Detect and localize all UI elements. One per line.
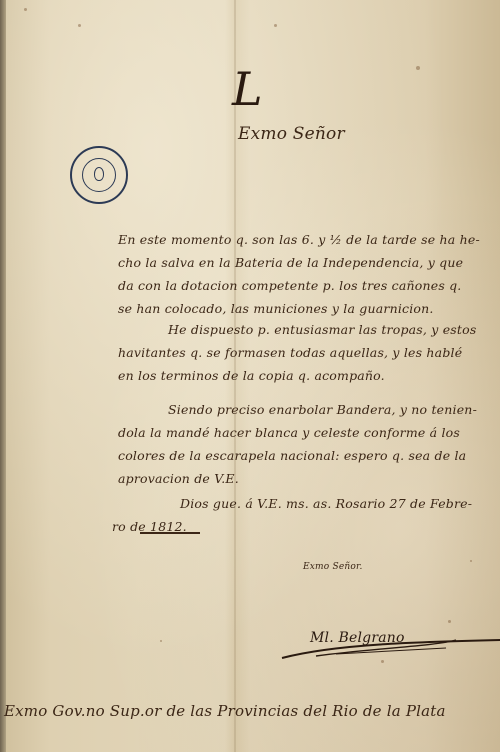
page-edge: [0, 0, 6, 752]
stain: [416, 66, 420, 70]
stain: [274, 24, 277, 27]
text-line: da con la dotacion competente p. los tre…: [118, 274, 480, 297]
text-line: ro de 1812.: [112, 515, 472, 538]
strikethrough-mark: [140, 532, 200, 534]
salutation: Exmo Señor: [238, 124, 345, 144]
text-line: aprovacion de V.E.: [118, 467, 477, 490]
heading-flourish: L: [232, 62, 263, 116]
stain: [448, 620, 451, 623]
paragraph-3: Siendo preciso enarbolar Bandera, y no t…: [118, 398, 477, 490]
text-line: dola la mandé hacer blanca y celeste con…: [118, 421, 477, 444]
stain: [24, 8, 27, 11]
paragraph-1: En este momento q. son las 6. y ½ de la …: [118, 228, 480, 320]
closing-salutation: Exmo Señor.: [303, 562, 363, 572]
signature-flourish: [276, 630, 500, 670]
text-line: cho la salva en la Bateria de la Indepen…: [118, 251, 480, 274]
text-line: Siendo preciso enarbolar Bandera, y no t…: [118, 398, 477, 421]
addressee-line: Exmo Gov.no Sup.or de las Provincias del…: [4, 702, 446, 720]
text-line: en los terminos de la copia q. acompaño.: [118, 364, 476, 387]
archive-stamp: [70, 146, 128, 204]
stain: [160, 640, 162, 642]
text-line: se han colocado, las municiones y la gua…: [118, 297, 480, 320]
text-line: En este momento q. son las 6. y ½ de la …: [118, 228, 480, 251]
stain: [470, 560, 472, 562]
text-line: Dios gue. á V.E. ms. as. Rosario 27 de F…: [140, 492, 472, 515]
text-line: colores de la escarapela nacional: esper…: [118, 444, 477, 467]
paragraph-2: He dispuesto p. entusiasmar las tropas, …: [118, 318, 476, 387]
text-line: He dispuesto p. entusiasmar las tropas, …: [118, 318, 476, 341]
stamp-inner-ring: [82, 158, 116, 192]
stain: [78, 24, 81, 27]
text-line: havitantes q. se formasen todas aquellas…: [118, 341, 476, 364]
coat-of-arms-icon: [94, 167, 104, 181]
